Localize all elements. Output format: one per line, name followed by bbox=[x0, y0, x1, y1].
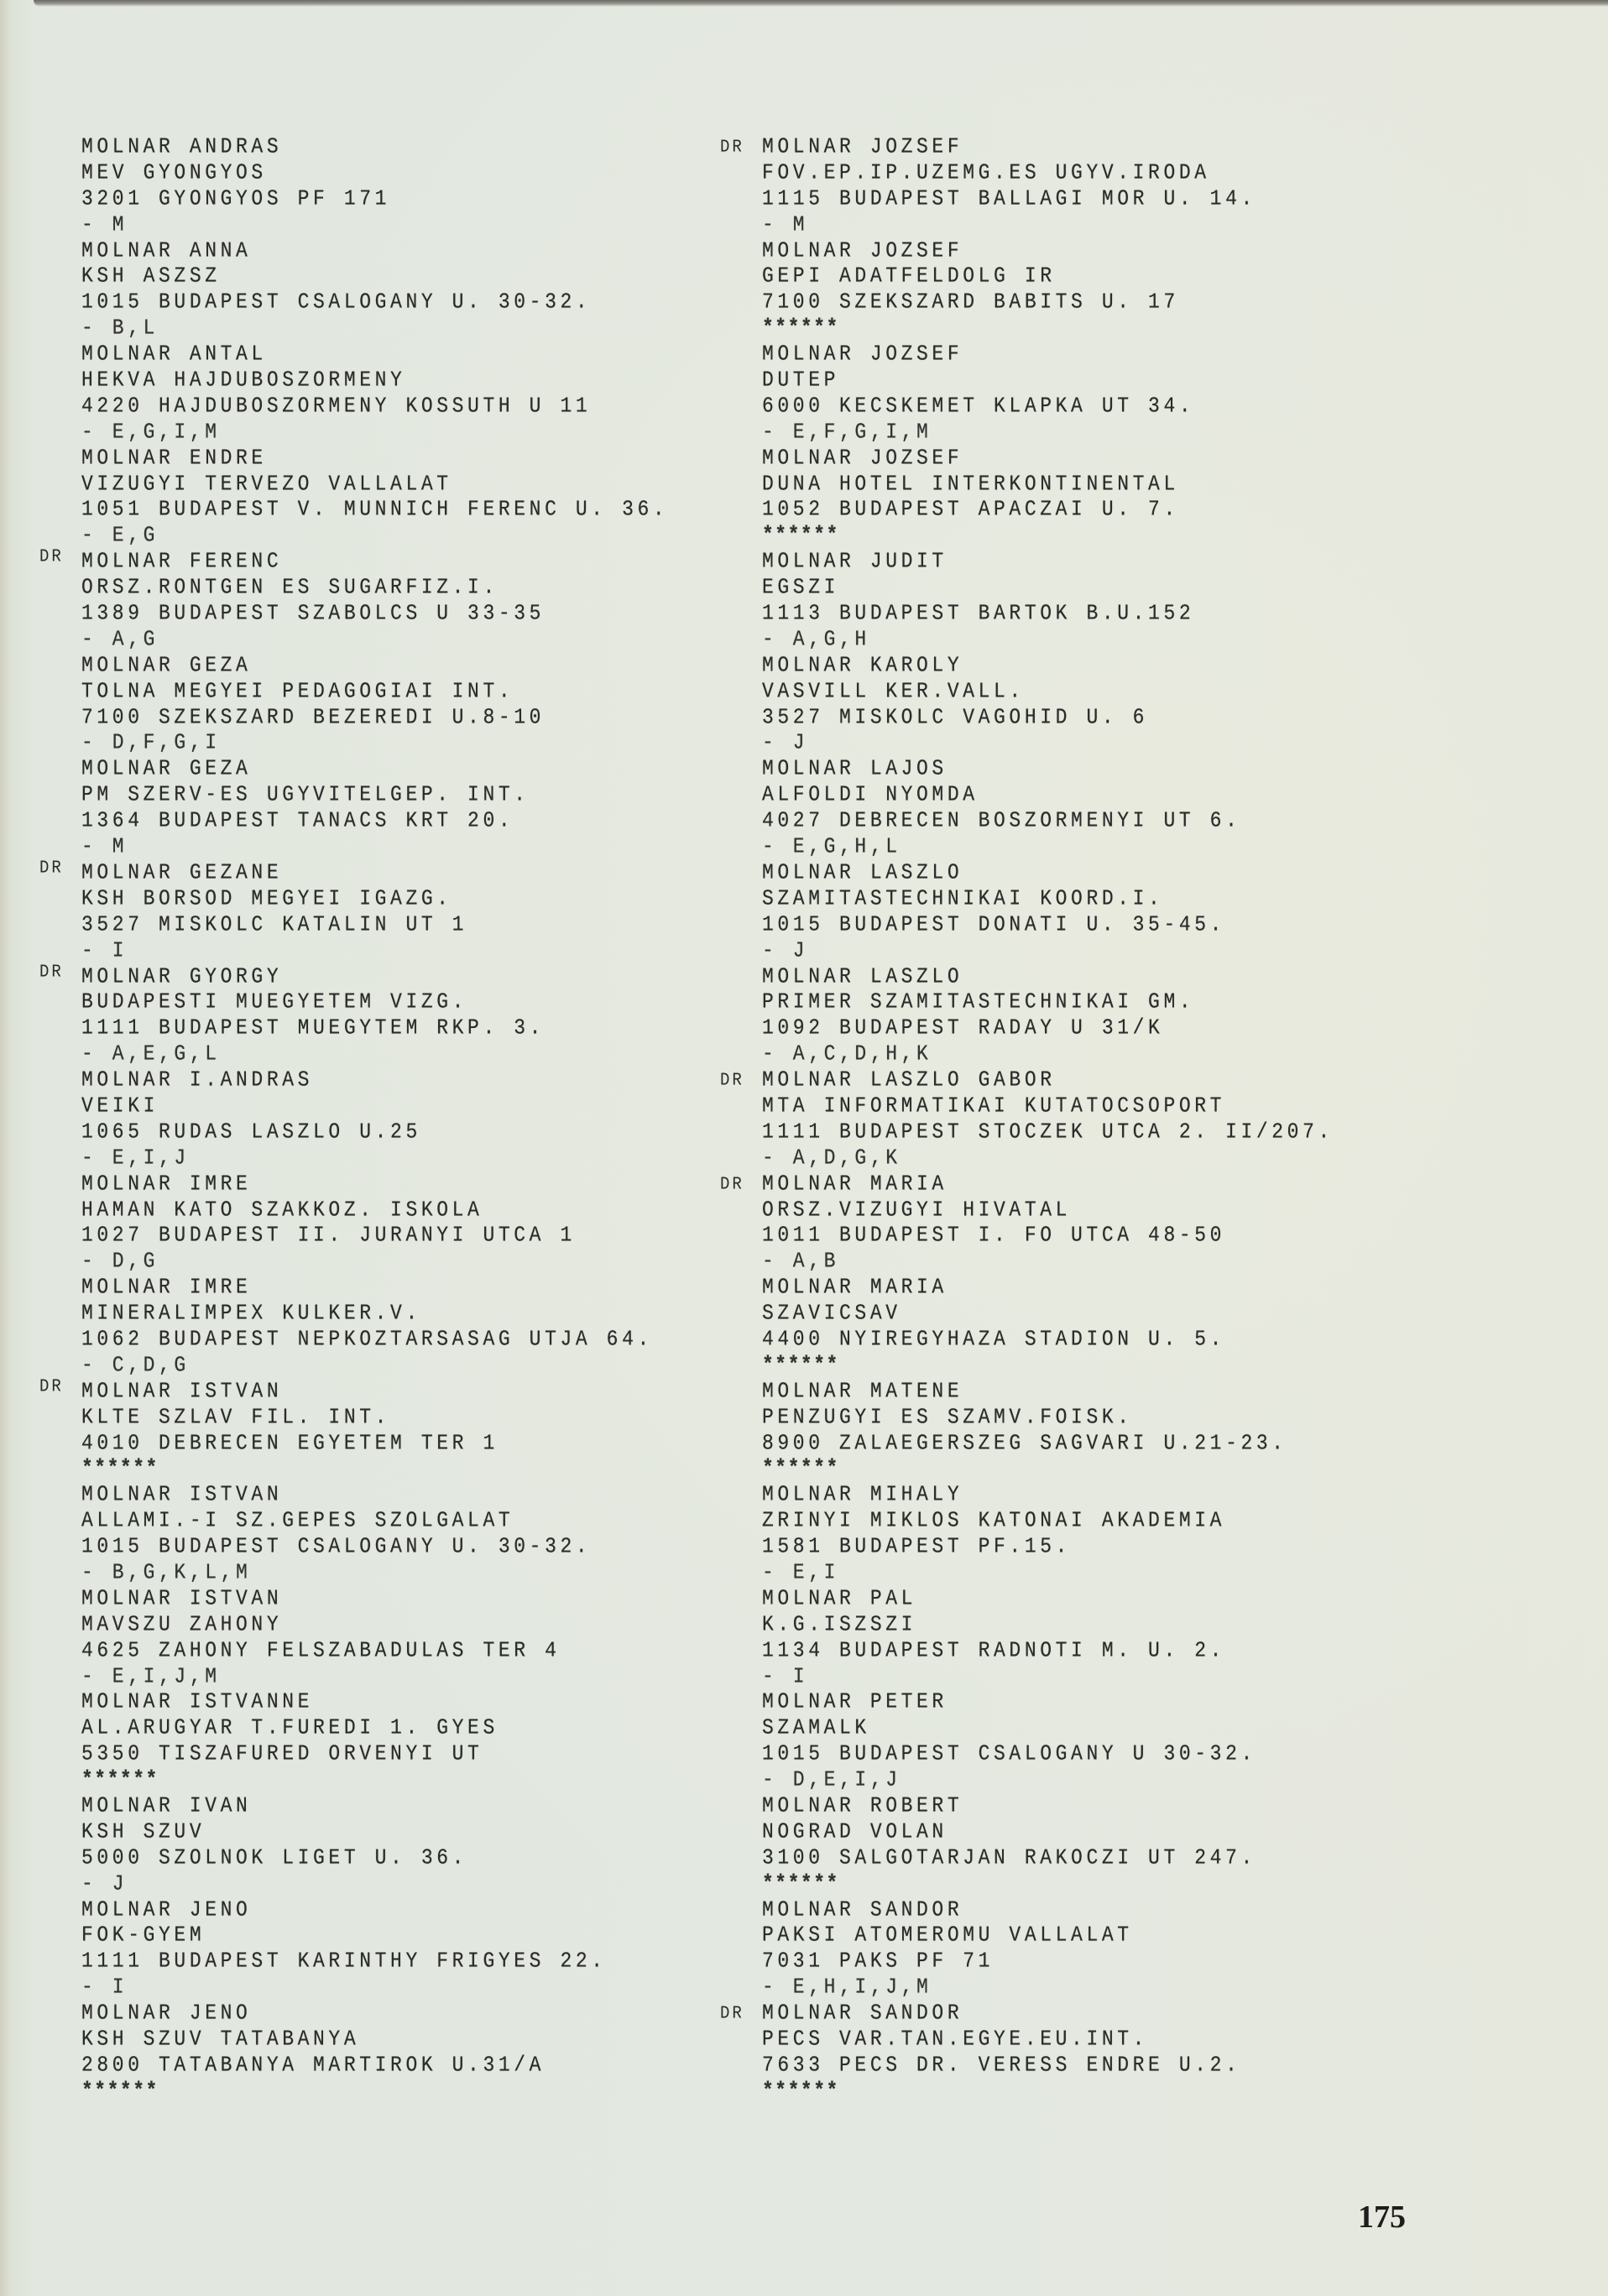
address: 4027 DEBRECEN BOSZORMENYI UT 6. bbox=[720, 806, 1334, 836]
address: 1051 BUDAPEST V. MUNNICH FERENC U. 36. bbox=[39, 496, 668, 525]
directory-entry: MOLNAR MIHALY ZRINYI MIKLOS KATONAI AKAD… bbox=[720, 1482, 1334, 1586]
directory-entry: MOLNAR ISTVANNE AL.ARUGYAR T.FUREDI 1. G… bbox=[39, 1689, 668, 1793]
address: 1134 BUDAPEST RADNOTI M. U. 2. bbox=[720, 1636, 1334, 1666]
organization: MINERALIMPEX KULKER.V. bbox=[39, 1299, 668, 1328]
directory-column-left: MOLNAR ANDRAS MEV GYONGYOS 3201 GYONGYOS… bbox=[39, 134, 668, 2105]
organization: BUDAPESTI MUEGYETEM VIZG. bbox=[39, 989, 668, 1018]
organization: FOV.EP.IP.UZEMG.ES UGYV.IRODA bbox=[720, 159, 1334, 188]
directory-entry: MOLNAR ROBERT NOGRAD VOLAN 3100 SALGOTAR… bbox=[720, 1793, 1334, 1897]
organization: MAVSZU ZAHONY bbox=[39, 1610, 668, 1640]
page-binding-edge bbox=[0, 0, 8, 2296]
directory-entry: MOLNAR MARIA SZAVICSAV 4400 NYIREGYHAZA … bbox=[720, 1275, 1334, 1379]
organization: ORSZ.VIZUGYI HIVATAL bbox=[720, 1196, 1334, 1225]
interest-codes: - C,D,G bbox=[39, 1351, 668, 1380]
person-name: MOLNAR SANDOR bbox=[720, 1999, 1334, 2028]
address: 4400 NYIREGYHAZA STADION U. 5. bbox=[720, 1325, 1334, 1354]
address: 1015 BUDAPEST CSALOGANY U. 30-32. bbox=[39, 1532, 668, 1562]
directory-entry: MOLNAR SANDOR PAKSI ATOMEROMU VALLALAT 7… bbox=[720, 1897, 1334, 2001]
interest-codes: - J bbox=[720, 937, 1334, 966]
organization: HEKVA HAJDUBOSZORMENY bbox=[39, 366, 668, 395]
person-name: MOLNAR JENO bbox=[39, 1896, 668, 1925]
organization: PECS VAR.TAN.EGYE.EU.INT. bbox=[720, 2025, 1334, 2054]
interest-codes: - A,G,H bbox=[720, 625, 1334, 655]
interest-codes: - A,D,G,K bbox=[720, 1144, 1334, 1173]
person-name: MOLNAR IVAN bbox=[39, 1792, 668, 1821]
person-name: MOLNAR JUDIT bbox=[720, 547, 1334, 577]
organization: DUTEP bbox=[720, 366, 1334, 395]
directory-entry: MOLNAR IVAN KSH SZUV 5000 SZOLNOK LIGET … bbox=[39, 1793, 668, 1897]
person-name: MOLNAR JOZSEF bbox=[720, 237, 1334, 266]
directory-entry: MOLNAR GEZA TOLNA MEGYEI PEDAGOGIAI INT.… bbox=[39, 653, 668, 757]
interest-codes: ****** bbox=[39, 2077, 668, 2106]
directory-entry: MOLNAR ANTAL HEKVA HAJDUBOSZORMENY 4220 … bbox=[39, 342, 668, 446]
interest-codes: - J bbox=[720, 729, 1334, 759]
address: 7031 PAKS PF 71 bbox=[720, 1947, 1334, 1976]
interest-codes: - B,L bbox=[39, 314, 668, 343]
document-page: MOLNAR ANDRAS MEV GYONGYOS 3201 GYONGYOS… bbox=[0, 0, 1608, 2296]
interest-codes: - E,G,H,L bbox=[720, 832, 1334, 862]
person-name: MOLNAR LASZLO GABOR bbox=[720, 1066, 1334, 1095]
directory-entry: DR MOLNAR MARIA ORSZ.VIZUGYI HIVATAL 101… bbox=[720, 1171, 1334, 1276]
organization: DUNA HOTEL INTERKONTINENTAL bbox=[720, 470, 1334, 499]
person-name: MOLNAR ISTVAN bbox=[39, 1584, 668, 1614]
interest-codes: - M bbox=[720, 211, 1334, 240]
directory-entry: MOLNAR KAROLY VASVILL KER.VALL. 3527 MIS… bbox=[720, 653, 1334, 757]
organization: VEIKI bbox=[39, 1092, 668, 1121]
address: 1065 RUDAS LASZLO U.25 bbox=[39, 1118, 668, 1147]
interest-codes: - M bbox=[39, 832, 668, 862]
person-name: MOLNAR MARIA bbox=[720, 1273, 1334, 1302]
person-name: MOLNAR ISTVANNE bbox=[39, 1688, 668, 1718]
address: 1111 BUDAPEST KARINTHY FRIGYES 22. bbox=[39, 1947, 668, 1976]
organization: K.G.ISZSZI bbox=[720, 1610, 1334, 1640]
address: 1015 BUDAPEST DONATI U. 35-45. bbox=[720, 911, 1334, 940]
directory-entry: MOLNAR ISTVAN ALLAMI.-I SZ.GEPES SZOLGAL… bbox=[39, 1482, 668, 1586]
directory-column-right: DR MOLNAR JOZSEF FOV.EP.IP.UZEMG.ES UGYV… bbox=[720, 134, 1334, 2105]
organization: PENZUGYI ES SZAMV.FOISK. bbox=[720, 1403, 1334, 1432]
directory-entry: MOLNAR PAL K.G.ISZSZI 1134 BUDAPEST RADN… bbox=[720, 1586, 1334, 1690]
address: 1581 BUDAPEST PF.15. bbox=[720, 1532, 1334, 1562]
address: 1015 BUDAPEST CSALOGANY U 30-32. bbox=[720, 1740, 1334, 1769]
interest-codes: ****** bbox=[720, 522, 1334, 551]
person-name: MOLNAR ISTVAN bbox=[39, 1377, 668, 1406]
person-name: MOLNAR JENO bbox=[39, 1999, 668, 2028]
person-name: MOLNAR LAJOS bbox=[720, 755, 1334, 785]
address: 3527 MISKOLC VAGOHID U. 6 bbox=[720, 703, 1334, 733]
organization: HAMAN KATO SZAKKOZ. ISKOLA bbox=[39, 1196, 668, 1225]
interest-codes: - E,F,G,I,M bbox=[720, 418, 1334, 447]
directory-entry: MOLNAR ANNA KSH ASZSZ 1015 BUDAPEST CSAL… bbox=[39, 238, 668, 342]
organization: KSH BORSOD MEGYEI IGAZG. bbox=[39, 884, 668, 914]
address: 7633 PECS DR. VERESS ENDRE U.2. bbox=[720, 2051, 1334, 2080]
directory-entry: MOLNAR IMRE HAMAN KATO SZAKKOZ. ISKOLA 1… bbox=[39, 1171, 668, 1276]
page-top-shadow bbox=[34, 0, 1608, 7]
interest-codes: - A,C,D,H,K bbox=[720, 1040, 1334, 1069]
person-name: MOLNAR I.ANDRAS bbox=[39, 1066, 668, 1095]
organization: AL.ARUGYAR T.FUREDI 1. GYES bbox=[39, 1714, 668, 1743]
directory-entry: DR MOLNAR GYORGY BUDAPESTI MUEGYETEM VIZ… bbox=[39, 964, 668, 1068]
address: 3527 MISKOLC KATALIN UT 1 bbox=[39, 911, 668, 940]
person-name: MOLNAR FERENC bbox=[39, 547, 668, 577]
directory-entry: MOLNAR ISTVAN MAVSZU ZAHONY 4625 ZAHONY … bbox=[39, 1586, 668, 1690]
address: 1011 BUDAPEST I. FO UTCA 48-50 bbox=[720, 1222, 1334, 1251]
directory-entry: DR MOLNAR ISTVAN KLTE SZLAV FIL. INT. 40… bbox=[39, 1379, 668, 1483]
address: 7100 SZEKSZARD BEZEREDI U.8-10 bbox=[39, 703, 668, 733]
interest-codes: - D,F,G,I bbox=[39, 729, 668, 759]
organization: PRIMER SZAMITASTECHNIKAI GM. bbox=[720, 989, 1334, 1018]
address: 1015 BUDAPEST CSALOGANY U. 30-32. bbox=[39, 288, 668, 317]
organization: EGSZI bbox=[720, 573, 1334, 603]
directory-entry: MOLNAR LASZLO PRIMER SZAMITASTECHNIKAI G… bbox=[720, 964, 1334, 1068]
person-name: MOLNAR GEZA bbox=[39, 651, 668, 681]
directory-entry: MOLNAR ENDRE VIZUGYI TERVEZO VALLALAT 10… bbox=[39, 446, 668, 550]
directory-entry: DR MOLNAR GEZANE KSH BORSOD MEGYEI IGAZG… bbox=[39, 860, 668, 964]
directory-entry: MOLNAR PETER SZAMALK 1015 BUDAPEST CSALO… bbox=[720, 1689, 1334, 1793]
address: 1052 BUDAPEST APACZAI U. 7. bbox=[720, 496, 1334, 525]
person-name: MOLNAR ISTVAN bbox=[39, 1480, 668, 1510]
person-name: MOLNAR KAROLY bbox=[720, 651, 1334, 681]
directory-entry: DR MOLNAR JOZSEF FOV.EP.IP.UZEMG.ES UGYV… bbox=[720, 134, 1334, 238]
organization: TOLNA MEGYEI PEDAGOGIAI INT. bbox=[39, 677, 668, 707]
organization: KLTE SZLAV FIL. INT. bbox=[39, 1403, 668, 1432]
organization: VIZUGYI TERVEZO VALLALAT bbox=[39, 470, 668, 499]
address: 1389 BUDAPEST SZABOLCS U 33-35 bbox=[39, 599, 668, 629]
interest-codes: - I bbox=[39, 1973, 668, 2002]
person-name: MOLNAR LASZLO bbox=[720, 858, 1334, 888]
directory-entry: MOLNAR JENO KSH SZUV TATABANYA 2800 TATA… bbox=[39, 2001, 668, 2105]
address: 4625 ZAHONY FELSZABADULAS TER 4 bbox=[39, 1636, 668, 1666]
interest-codes: ****** bbox=[720, 2077, 1334, 2106]
interest-codes: - M bbox=[39, 211, 668, 240]
person-name: MOLNAR PETER bbox=[720, 1688, 1334, 1718]
person-name: MOLNAR JOZSEF bbox=[720, 444, 1334, 473]
person-name: MOLNAR ENDRE bbox=[39, 444, 668, 473]
organization: FOK-GYEM bbox=[39, 1922, 668, 1951]
person-name: MOLNAR JOZSEF bbox=[720, 133, 1334, 162]
organization: NOGRAD VOLAN bbox=[720, 1818, 1334, 1847]
directory-entry: MOLNAR JOZSEF GEPI ADATFELDOLG IR 7100 S… bbox=[720, 238, 1334, 342]
address: 1115 BUDAPEST BALLAGI MOR U. 14. bbox=[720, 185, 1334, 214]
address: 1062 BUDAPEST NEPKOZTARSASAG UTJA 64. bbox=[39, 1325, 668, 1354]
interest-codes: ****** bbox=[720, 1870, 1334, 1899]
address: 4010 DEBRECEN EGYETEM TER 1 bbox=[39, 1429, 668, 1458]
interest-codes: - D,E,I,J bbox=[720, 1766, 1334, 1795]
interest-codes: - E,G,I,M bbox=[39, 418, 668, 447]
address: 1111 BUDAPEST MUEGYTEM RKP. 3. bbox=[39, 1014, 668, 1043]
directory-entry: MOLNAR ANDRAS MEV GYONGYOS 3201 GYONGYOS… bbox=[39, 134, 668, 238]
organization: VASVILL KER.VALL. bbox=[720, 677, 1334, 707]
directory-entry: DR MOLNAR FERENC ORSZ.RONTGEN ES SUGARFI… bbox=[39, 549, 668, 653]
interest-codes: - E,I,J,M bbox=[39, 1662, 668, 1692]
directory-entry: MOLNAR GEZA PM SZERV-ES UGYVITELGEP. INT… bbox=[39, 756, 668, 860]
organization: GEPI ADATFELDOLG IR bbox=[720, 263, 1334, 292]
person-name: MOLNAR IMRE bbox=[39, 1170, 668, 1199]
organization: KSH SZUV TATABANYA bbox=[39, 2025, 668, 2054]
interest-codes: - I bbox=[720, 1662, 1334, 1692]
address: 5350 TISZAFURED ORVENYI UT bbox=[39, 1740, 668, 1769]
directory-entry: MOLNAR LASZLO SZAMITASTECHNIKAI KOORD.I.… bbox=[720, 860, 1334, 964]
interest-codes: ****** bbox=[720, 1351, 1334, 1380]
organization: SZAMITASTECHNIKAI KOORD.I. bbox=[720, 884, 1334, 914]
organization: KSH SZUV bbox=[39, 1818, 668, 1847]
interest-codes: - A,B bbox=[720, 1247, 1334, 1276]
person-name: MOLNAR ANTAL bbox=[39, 340, 668, 369]
person-name: MOLNAR LASZLO bbox=[720, 963, 1334, 992]
directory-entry: MOLNAR JOZSEF DUNA HOTEL INTERKONTINENTA… bbox=[720, 446, 1334, 550]
person-name: MOLNAR ANNA bbox=[39, 237, 668, 266]
person-name: MOLNAR MATENE bbox=[720, 1377, 1334, 1406]
page-number: 175 bbox=[1358, 2199, 1406, 2236]
person-name: MOLNAR ROBERT bbox=[720, 1792, 1334, 1821]
person-name: MOLNAR GYORGY bbox=[39, 963, 668, 992]
person-name: MOLNAR JOZSEF bbox=[720, 340, 1334, 369]
directory-entry: DR MOLNAR SANDOR PECS VAR.TAN.EGYE.EU.IN… bbox=[720, 2001, 1334, 2105]
address: 1111 BUDAPEST STOCZEK UTCA 2. II/207. bbox=[720, 1118, 1334, 1147]
address: 2800 TATABANYA MARTIROK U.31/A bbox=[39, 2051, 668, 2080]
person-name: MOLNAR GEZANE bbox=[39, 858, 668, 888]
person-name: MOLNAR IMRE bbox=[39, 1273, 668, 1302]
interest-codes: - E,G bbox=[39, 522, 668, 551]
interest-codes: - E,H,I,J,M bbox=[720, 1973, 1334, 2002]
address: 3201 GYONGYOS PF 171 bbox=[39, 185, 668, 214]
interest-codes: ****** bbox=[720, 314, 1334, 343]
directory-entry: MOLNAR IMRE MINERALIMPEX KULKER.V. 1062 … bbox=[39, 1275, 668, 1379]
address: 1027 BUDAPEST II. JURANYI UTCA 1 bbox=[39, 1222, 668, 1251]
address: 1092 BUDAPEST RADAY U 31/K bbox=[720, 1014, 1334, 1043]
person-name: MOLNAR MIHALY bbox=[720, 1480, 1334, 1510]
interest-codes: - E,I,J bbox=[39, 1144, 668, 1173]
address: 8900 ZALAEGERSZEG SAGVARI U.21-23. bbox=[720, 1429, 1334, 1458]
person-name: MOLNAR PAL bbox=[720, 1584, 1334, 1614]
address: 3100 SALGOTARJAN RAKOCZI UT 247. bbox=[720, 1844, 1334, 1873]
directory-entry: MOLNAR JUDIT EGSZI 1113 BUDAPEST BARTOK … bbox=[720, 549, 1334, 653]
address: 1113 BUDAPEST BARTOK B.U.152 bbox=[720, 599, 1334, 629]
address: 7100 SZEKSZARD BABITS U. 17 bbox=[720, 288, 1334, 317]
address: 6000 KECSKEMET KLAPKA UT 34. bbox=[720, 392, 1334, 421]
directory-entry: DR MOLNAR LASZLO GABOR MTA INFORMATIKAI … bbox=[720, 1067, 1334, 1171]
interest-codes: ****** bbox=[39, 1455, 668, 1485]
interest-codes: - A,E,G,L bbox=[39, 1040, 668, 1069]
person-name: MOLNAR GEZA bbox=[39, 755, 668, 785]
interest-codes: - E,I bbox=[720, 1558, 1334, 1588]
address: 1364 BUDAPEST TANACS KRT 20. bbox=[39, 806, 668, 836]
organization: ALFOLDI NYOMDA bbox=[720, 780, 1334, 810]
person-name: MOLNAR SANDOR bbox=[720, 1896, 1334, 1925]
organization: SZAMALK bbox=[720, 1714, 1334, 1743]
organization: MTA INFORMATIKAI KUTATOCSOPORT bbox=[720, 1092, 1334, 1121]
organization: ALLAMI.-I SZ.GEPES SZOLGALAT bbox=[39, 1506, 668, 1536]
organization: SZAVICSAV bbox=[720, 1299, 1334, 1328]
organization: PM SZERV-ES UGYVITELGEP. INT. bbox=[39, 780, 668, 810]
organization: ZRINYI MIKLOS KATONAI AKADEMIA bbox=[720, 1506, 1334, 1536]
interest-codes: - I bbox=[39, 937, 668, 966]
organization: KSH ASZSZ bbox=[39, 263, 668, 292]
interest-codes: - D,G bbox=[39, 1247, 668, 1276]
interest-codes: - B,G,K,L,M bbox=[39, 1558, 668, 1588]
person-name: MOLNAR MARIA bbox=[720, 1170, 1334, 1199]
organization: PAKSI ATOMEROMU VALLALAT bbox=[720, 1922, 1334, 1951]
address: 4220 HAJDUBOSZORMENY KOSSUTH U 11 bbox=[39, 392, 668, 421]
interest-codes: ****** bbox=[39, 1766, 668, 1795]
person-name: MOLNAR ANDRAS bbox=[39, 133, 668, 162]
directory-entry: MOLNAR JOZSEF DUTEP 6000 KECSKEMET KLAPK… bbox=[720, 342, 1334, 446]
organization: ORSZ.RONTGEN ES SUGARFIZ.I. bbox=[39, 573, 668, 603]
interest-codes: - A,G bbox=[39, 625, 668, 655]
directory-entry: MOLNAR I.ANDRAS VEIKI 1065 RUDAS LASZLO … bbox=[39, 1067, 668, 1171]
interest-codes: ****** bbox=[720, 1455, 1334, 1485]
address: 5000 SZOLNOK LIGET U. 36. bbox=[39, 1844, 668, 1873]
directory-entry: MOLNAR JENO FOK-GYEM 1111 BUDAPEST KARIN… bbox=[39, 1897, 668, 2001]
interest-codes: - J bbox=[39, 1870, 668, 1899]
directory-entry: MOLNAR LAJOS ALFOLDI NYOMDA 4027 DEBRECE… bbox=[720, 756, 1334, 860]
directory-entry: MOLNAR MATENE PENZUGYI ES SZAMV.FOISK. 8… bbox=[720, 1379, 1334, 1483]
organization: MEV GYONGYOS bbox=[39, 159, 668, 188]
